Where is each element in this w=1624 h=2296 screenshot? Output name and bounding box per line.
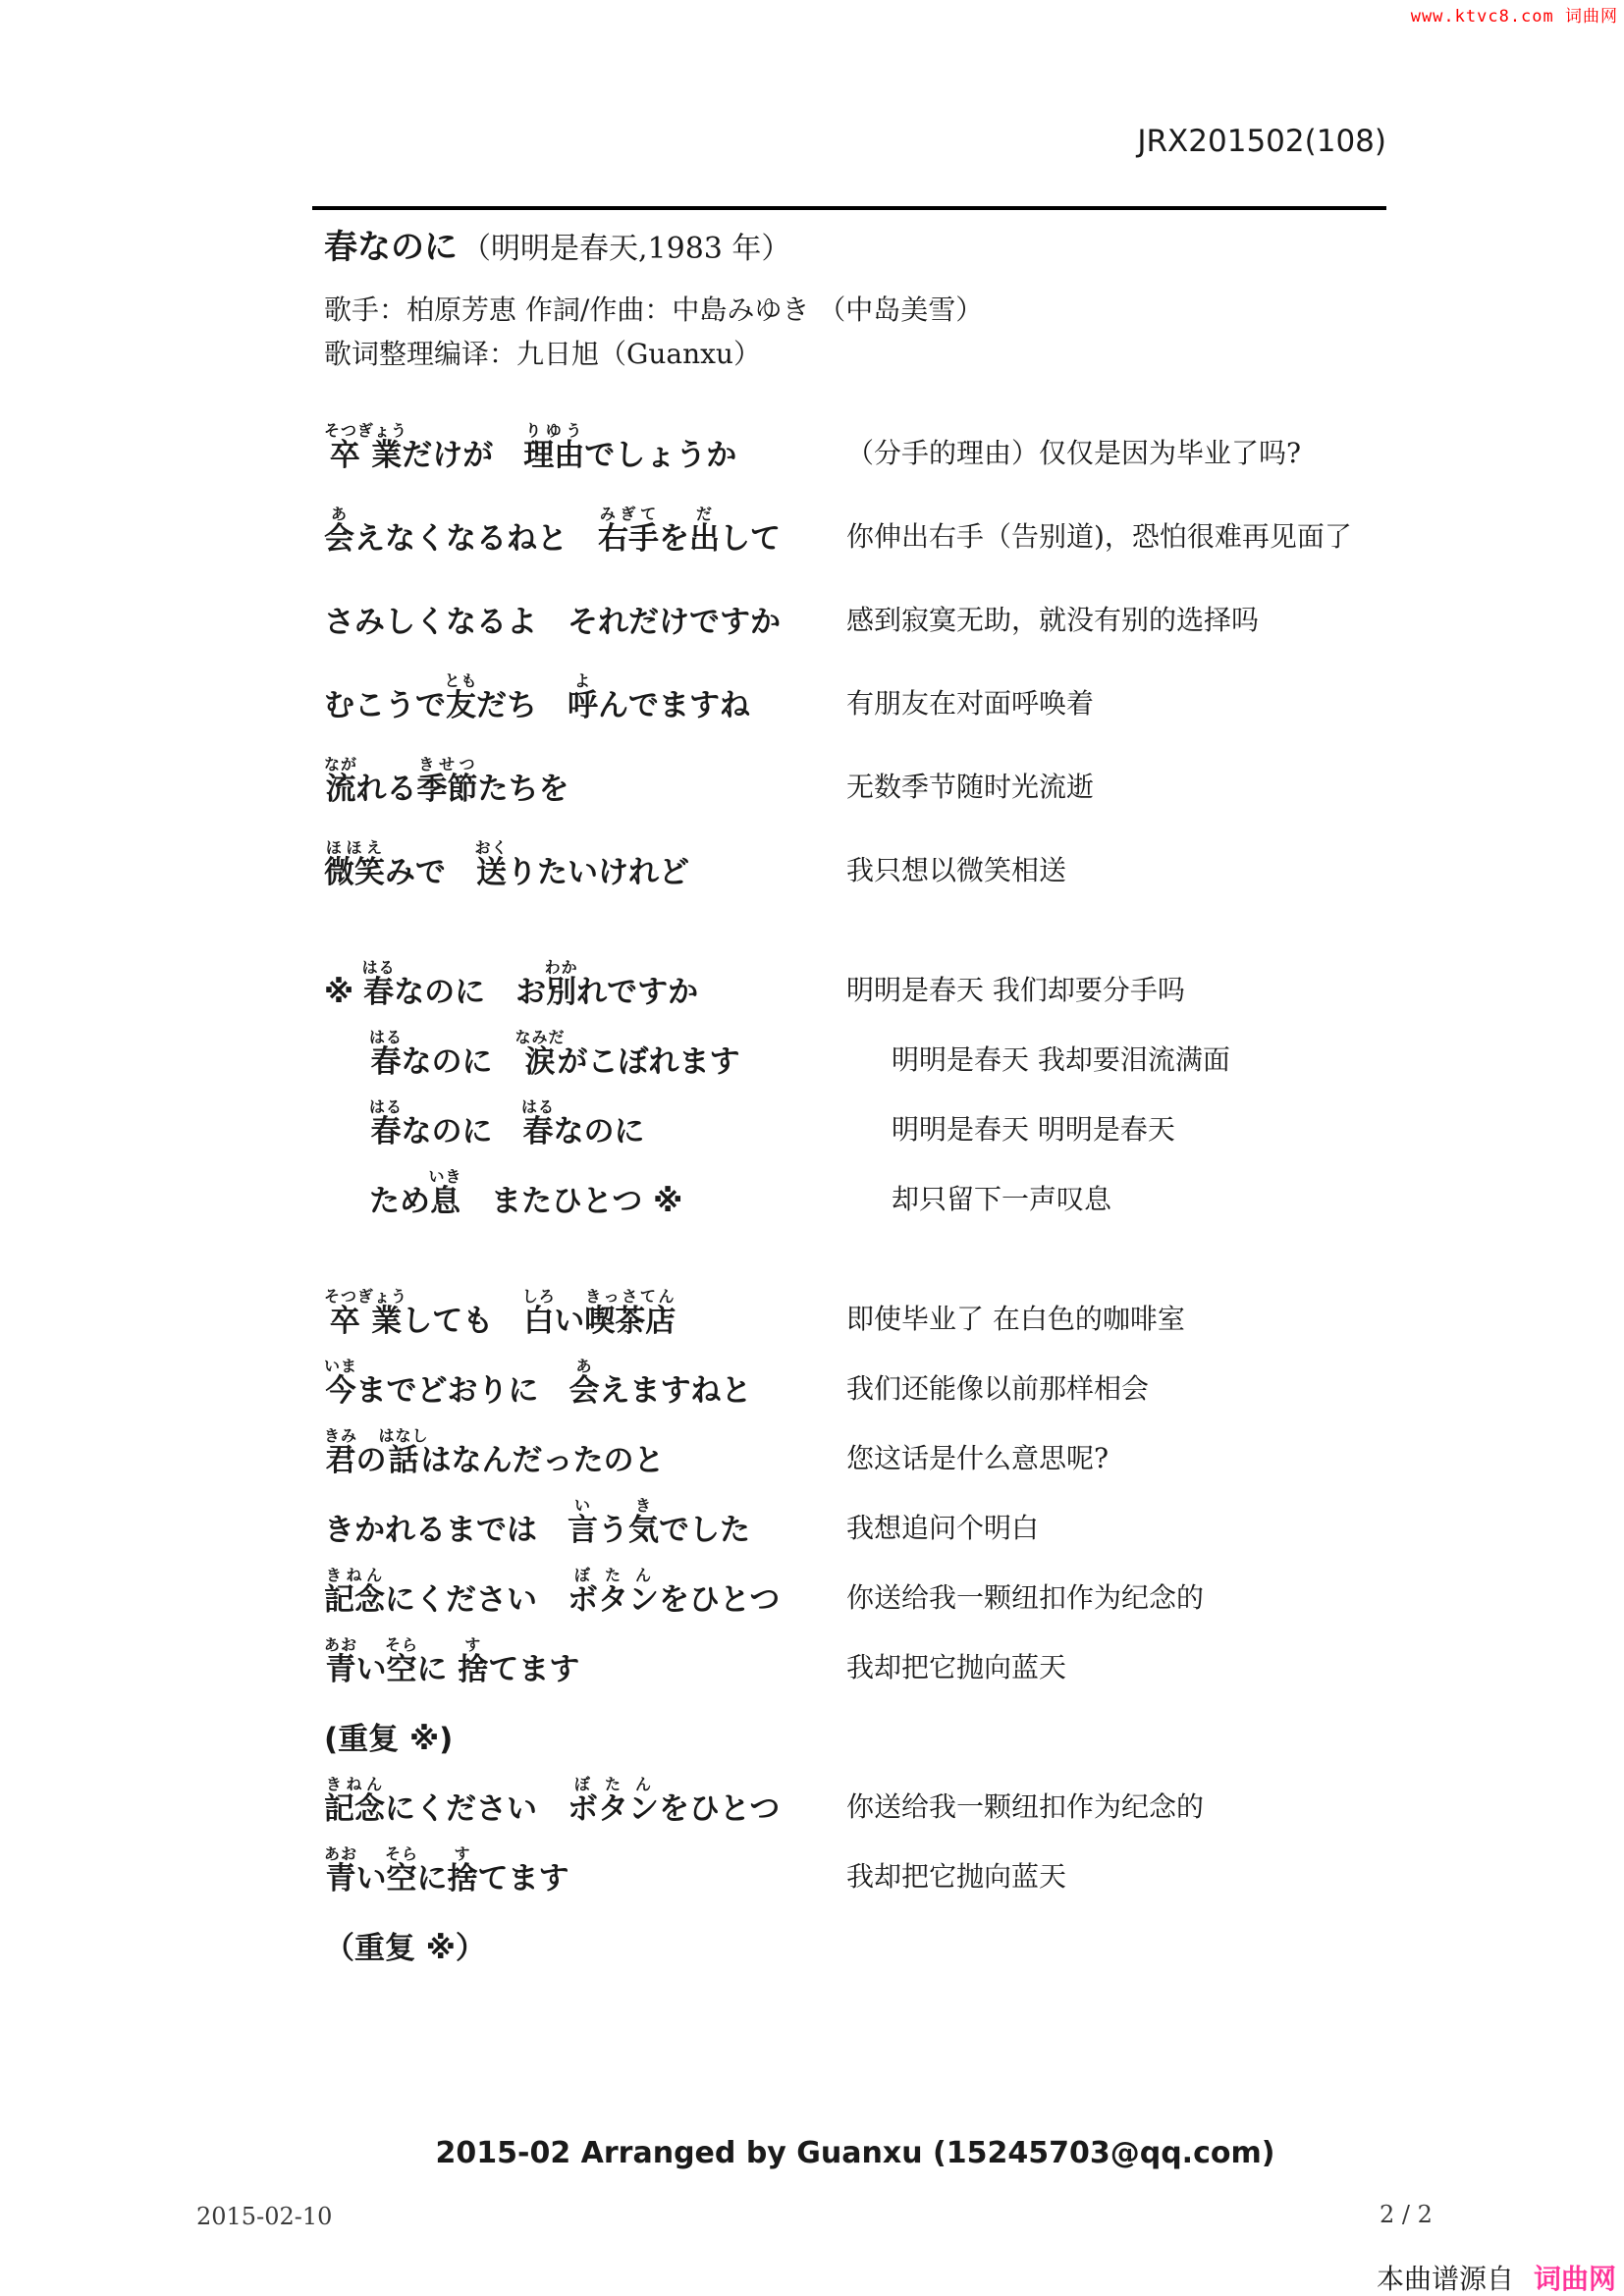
lyric-text: なのに (402, 1114, 523, 1149)
chinese-translation: 我想追问个明白 (846, 1507, 1039, 1549)
lyric-text: に (417, 1652, 459, 1687)
ruby-word: 会あ (569, 1373, 600, 1409)
japanese-lyric: 記念きねんにください ボタンぼたんをひとつ (324, 1566, 846, 1619)
credits-editor-line: 歌词整理编译：九日旭（Guanxu） (324, 332, 983, 376)
japanese-lyric: 今いままでどおりに 会あえますねと (324, 1357, 846, 1410)
furigana: きねん (324, 1566, 385, 1584)
ruby-word: 喫茶店きっさてん (584, 1304, 676, 1339)
lyric-line: 今いままでどおりに 会あえますねと我们还能像以前那样相会 (324, 1353, 1585, 1410)
lyric-text: てます (488, 1652, 579, 1687)
furigana: そつぎょう (324, 1287, 407, 1306)
furigana: き (628, 1496, 659, 1515)
repeat-marker: （重复 ※） (324, 1910, 1585, 1967)
chinese-translation: 您这话是什么意思呢? (846, 1437, 1109, 1479)
lyric-text: ため (369, 1184, 430, 1219)
lyric-text: りたいけれど (507, 855, 689, 890)
ruby-word: 理由りゆう (523, 438, 584, 473)
lyric-text: を (659, 521, 689, 557)
ruby-word: 青あお (324, 1652, 356, 1687)
furigana: おく (475, 838, 509, 857)
ruby-word: 空そら (387, 1861, 417, 1896)
ruby-word: 今いま (324, 1373, 356, 1409)
lyric-text: にください (385, 1582, 568, 1618)
furigana: ぼたん (568, 1775, 659, 1793)
furigana: きねん (324, 1775, 385, 1793)
japanese-lyric: ため息いき またひとつ ※ (324, 1167, 892, 1220)
ruby-word: 季節きせつ (417, 772, 478, 807)
lyric-text: れですか (576, 975, 698, 1010)
lyric-line: 春はるなのに 涙なみだがこぼれます明明是春天 我却要泪流满面 (324, 1024, 1585, 1081)
lyric-text: てます (478, 1861, 569, 1896)
lyric-line: 卒業そつぎょうしても 白しろい喫茶店きっさてん即使毕业了 在白色的咖啡室 (324, 1283, 1585, 1340)
lyric-text: なのに (554, 1114, 645, 1149)
furigana: りゆう (523, 421, 584, 440)
chinese-translation: 我却把它抛向蓝天 (846, 1855, 1066, 1897)
furigana: はなし (379, 1426, 429, 1445)
header-divider (312, 206, 1386, 210)
lyric-text: までどおりに (356, 1373, 569, 1409)
lyric-text: みで (385, 855, 476, 890)
song-title-japanese: 春なのに (324, 228, 458, 267)
chinese-translation: 即使毕业了 在白色的咖啡室 (846, 1298, 1185, 1340)
lyric-text: だち (476, 688, 568, 723)
chinese-translation: 明明是春天 我却要泪流满面 (892, 1039, 1230, 1081)
lyrics: 卒業そつぎょうだけが 理由りゆうでしょうか（分手的理由）仅仅是因为毕业了吗?会あ… (324, 417, 1585, 2030)
furigana: はる (362, 958, 396, 977)
japanese-lyric: きかれるまでは 言いう気きでした (324, 1496, 846, 1549)
ruby-word: 君きみ (324, 1443, 356, 1478)
furigana: なみだ (515, 1028, 566, 1046)
chorus-marker: ※ (324, 975, 353, 1010)
lyric-sheet-page: www.ktvc8.com 词曲网 JRX201502(108) 春なのに（明明… (0, 0, 1624, 2296)
furigana: はる (369, 1028, 403, 1046)
chinese-translation: 我只想以微笑相送 (846, 849, 1066, 891)
furigana: あお (324, 1844, 357, 1863)
furigana: わか (545, 958, 578, 977)
ruby-word: 春はる (369, 1114, 402, 1149)
chinese-translation: 明明是春天 明明是春天 (892, 1108, 1175, 1150)
chinese-translation: 你伸出右手（告别道)，恐怕很难再见面了 (846, 515, 1352, 558)
ruby-word: 春はる (363, 975, 394, 1010)
ruby-word: 話はなし (387, 1443, 421, 1478)
furigana: はる (521, 1097, 555, 1116)
lyric-text: きかれるまでは (324, 1513, 568, 1548)
furigana: きせつ (417, 755, 478, 774)
furigana: ぼたん (568, 1566, 659, 1584)
chinese-translation: 明明是春天 我们却要分手吗 (846, 969, 1185, 1011)
source-prefix: 本曲谱源自 (1377, 2263, 1514, 2295)
ruby-word: 空そら (387, 1652, 417, 1687)
chinese-translation: 我却把它抛向蓝天 (846, 1646, 1066, 1688)
page-number: 2 / 2 (1380, 2201, 1433, 2228)
ruby-word: 卒業そつぎょう (324, 1304, 402, 1339)
chinese-translation: 我们还能像以前那样相会 (846, 1367, 1149, 1410)
chinese-translation: 有朋友在对面呼唤着 (846, 682, 1094, 724)
furigana: とも (445, 671, 478, 690)
arranged-by-line: 2015-02 Arranged by Guanxu (15245703@qq.… (324, 2136, 1386, 2170)
chinese-translation: 却只留下一声叹息 (892, 1178, 1111, 1220)
furigana: きみ (324, 1426, 357, 1445)
ruby-word: 呼よ (568, 688, 598, 723)
ruby-word: 別わか (546, 975, 576, 1010)
lyric-text: い (356, 1861, 387, 1896)
furigana: いき (429, 1167, 462, 1186)
lyric-text: でした (659, 1513, 750, 1548)
lyric-line: ※春はるなのに お別わかれですか明明是春天 我们却要分手吗 (324, 954, 1585, 1011)
furigana: い (568, 1496, 598, 1515)
stanza-verse-1: 卒業そつぎょうだけが 理由りゆうでしょうか（分手的理由）仅仅是因为毕业了吗?会あ… (324, 417, 1585, 891)
lyric-text: えなくなるねと (354, 521, 598, 557)
japanese-lyric: さみしくなるよ それだけですか (324, 606, 846, 641)
credits-block: 歌手：柏原芳恵 作詞/作曲：中島みゆき （中岛美雪） 歌词整理编译：九日旭（Gu… (324, 288, 983, 376)
japanese-lyric: 微笑ほほえみで 送おくりたいけれど (324, 838, 846, 891)
ruby-word: 微笑ほほえ (324, 855, 385, 890)
ruby-word: 気き (628, 1513, 659, 1548)
ruby-word: ボタンぼたん (568, 1582, 659, 1618)
ruby-word: 息いき (430, 1184, 460, 1219)
ruby-word: 会あ (324, 521, 354, 557)
chinese-translation: 你送给我一颗纽扣作为纪念的 (846, 1576, 1204, 1619)
furigana: あ (569, 1357, 600, 1375)
furigana: なが (324, 755, 357, 774)
lyric-text: にください (385, 1791, 568, 1827)
furigana: そら (385, 1844, 418, 1863)
japanese-lyric: 卒業そつぎょうしても 白しろい喫茶店きっさてん (324, 1287, 846, 1340)
ruby-word: 春はる (523, 1114, 554, 1149)
lyric-text: またひとつ ※ (460, 1184, 682, 1219)
ruby-word: 涙なみだ (523, 1044, 558, 1080)
japanese-lyric: 青あおい空そらに捨すてます (324, 1844, 846, 1897)
japanese-lyric: 記念きねんにください ボタンぼたんをひとつ (324, 1775, 846, 1828)
japanese-lyric: ※春はるなのに お別わかれですか (324, 958, 846, 1011)
furigana: はる (369, 1097, 403, 1116)
lyric-text: なのに (402, 1044, 523, 1080)
lyric-line: ため息いき またひとつ ※却只留下一声叹息 (324, 1163, 1585, 1220)
lyric-text: むこうで (324, 688, 446, 723)
furigana: あお (324, 1635, 357, 1654)
furigana: す (458, 1635, 488, 1654)
furigana: いま (324, 1357, 357, 1375)
ruby-word: 言い (568, 1513, 598, 1548)
ruby-word: 捨す (458, 1652, 488, 1687)
lyric-text: たちを (478, 772, 569, 807)
furigana: ほほえ (324, 838, 385, 857)
japanese-lyric: 会あえなくなるねと 右手みぎてを出だして (324, 505, 846, 558)
lyric-line: 記念きねんにください ボタンぼたんをひとつ你送给我一颗纽扣作为纪念的 (324, 1771, 1585, 1828)
lyric-text: をひとつ (659, 1582, 780, 1618)
lyric-text: でしょうか (584, 438, 736, 473)
furigana: よ (568, 671, 598, 690)
lyric-line: 青あおい空そらに 捨すてます我却把它抛向蓝天 (324, 1631, 1585, 1688)
chinese-translation: 你送给我一颗纽扣作为纪念的 (846, 1786, 1204, 1828)
song-title: 春なのに（明明是春天,1983 年） (324, 220, 790, 268)
japanese-lyric: むこうで友ともだち 呼よんでますね (324, 671, 846, 724)
chinese-translation: （分手的理由）仅仅是因为毕业了吗? (846, 432, 1301, 474)
furigana: だ (689, 505, 720, 523)
lyric-text: い (356, 1652, 387, 1687)
chinese-translation: 无数季节随时光流逝 (846, 766, 1094, 808)
lyric-line: 青あおい空そらに捨すてます我却把它抛向蓝天 (324, 1841, 1585, 1897)
furigana: きっさてん (584, 1287, 676, 1306)
ruby-word: 流なが (324, 772, 356, 807)
lyric-text: はなんだったのと (421, 1443, 665, 1478)
ruby-word: 白しろ (523, 1304, 554, 1339)
lyric-line: さみしくなるよ それだけですか感到寂寞无助，就没有别的选择吗 (324, 584, 1585, 641)
lyric-line: むこうで友ともだち 呼よんでますね有朋友在对面呼唤着 (324, 667, 1585, 724)
lyric-line: 記念きねんにください ボタンぼたんをひとつ你送给我一颗纽扣作为纪念的 (324, 1562, 1585, 1619)
site-watermark-top: www.ktvc8.com 词曲网 (1411, 2, 1618, 27)
lyric-line: 卒業そつぎょうだけが 理由りゆうでしょうか（分手的理由）仅仅是因为毕业了吗? (324, 417, 1585, 474)
ruby-word: 送おく (476, 855, 507, 890)
stanza-chorus: ※春はるなのに お別わかれですか明明是春天 我们却要分手吗春はるなのに 涙なみだ… (324, 954, 1585, 1220)
lyric-text: う (598, 1513, 628, 1548)
furigana: みぎて (598, 505, 659, 523)
document-code: JRX201502(108) (1137, 124, 1386, 159)
lyric-line: 流ながれる季節きせつたちを无数季节随时光流逝 (324, 751, 1585, 808)
ruby-word: 記念きねん (324, 1791, 385, 1827)
repeat-marker: (重复 ※) (324, 1701, 1585, 1758)
ruby-word: 友とも (446, 688, 476, 723)
stanza-verse-2: 卒業そつぎょうしても 白しろい喫茶店きっさてん即使毕业了 在白色的咖啡室今いまま… (324, 1283, 1585, 1967)
japanese-lyric: 春はるなのに 涙なみだがこぼれます (324, 1028, 892, 1081)
lyric-text: えますねと (600, 1373, 752, 1409)
lyric-line: きかれるまでは 言いう気きでした我想追问个明白 (324, 1492, 1585, 1549)
lyric-line: 会あえなくなるねと 右手みぎてを出だして你伸出右手（告别道)，恐怕很难再见面了 (324, 501, 1585, 558)
japanese-lyric: 青あおい空そらに 捨すてます (324, 1635, 846, 1688)
ruby-word: 右手みぎて (598, 521, 659, 557)
furigana: す (448, 1844, 478, 1863)
lyric-text: に (417, 1861, 448, 1896)
ruby-word: 春はる (369, 1044, 402, 1080)
japanese-lyric: 春はるなのに 春はるなのに (324, 1097, 892, 1150)
ruby-word: 出だ (689, 521, 720, 557)
ruby-word: 卒業そつぎょう (324, 438, 402, 473)
ruby-word: ボタンぼたん (568, 1791, 659, 1827)
lyric-text: さみしくなるよ それだけですか (324, 605, 781, 640)
lyric-text: して (720, 521, 781, 557)
japanese-lyric: 流ながれる季節きせつたちを (324, 755, 846, 808)
furigana: しろ (522, 1287, 556, 1306)
lyric-text: しても (402, 1304, 523, 1339)
credits-artist-line: 歌手：柏原芳恵 作詞/作曲：中島みゆき （中岛美雪） (324, 288, 983, 332)
lyric-text: れる (356, 772, 417, 807)
lyric-text: がこぼれます (558, 1044, 740, 1080)
lyric-text: をひとつ (659, 1791, 780, 1827)
lyric-line: 微笑ほほえみで 送おくりたいけれど我只想以微笑相送 (324, 834, 1585, 891)
chinese-translation: 感到寂寞无助，就没有别的选择吗 (846, 599, 1259, 641)
ruby-word: 青あお (324, 1861, 356, 1896)
lyric-text: い (554, 1304, 584, 1339)
furigana: あ (324, 505, 354, 523)
ruby-word: 記念きねん (324, 1582, 385, 1618)
japanese-lyric: 君きみの話はなしはなんだったのと (324, 1426, 846, 1479)
source-attribution: 本曲谱源自词曲网 (1377, 2258, 1616, 2296)
lyric-text: なのに お (394, 975, 546, 1010)
furigana: そら (385, 1635, 418, 1654)
source-site: 词曲网 (1534, 2263, 1616, 2295)
furigana: そつぎょう (324, 421, 407, 440)
lyric-line: 君きみの話はなしはなんだったのと您这话是什么意思呢? (324, 1422, 1585, 1479)
lyric-text: だけが (402, 438, 523, 473)
japanese-lyric: 卒業そつぎょうだけが 理由りゆうでしょうか (324, 421, 846, 474)
ruby-word: 捨す (448, 1861, 478, 1896)
footer-date: 2015-02-10 (196, 2203, 332, 2230)
lyric-line: 春はるなのに 春はるなのに明明是春天 明明是春天 (324, 1094, 1585, 1150)
song-title-chinese: （明明是春天,1983 年） (461, 232, 790, 266)
lyric-text: んでますね (598, 688, 750, 723)
